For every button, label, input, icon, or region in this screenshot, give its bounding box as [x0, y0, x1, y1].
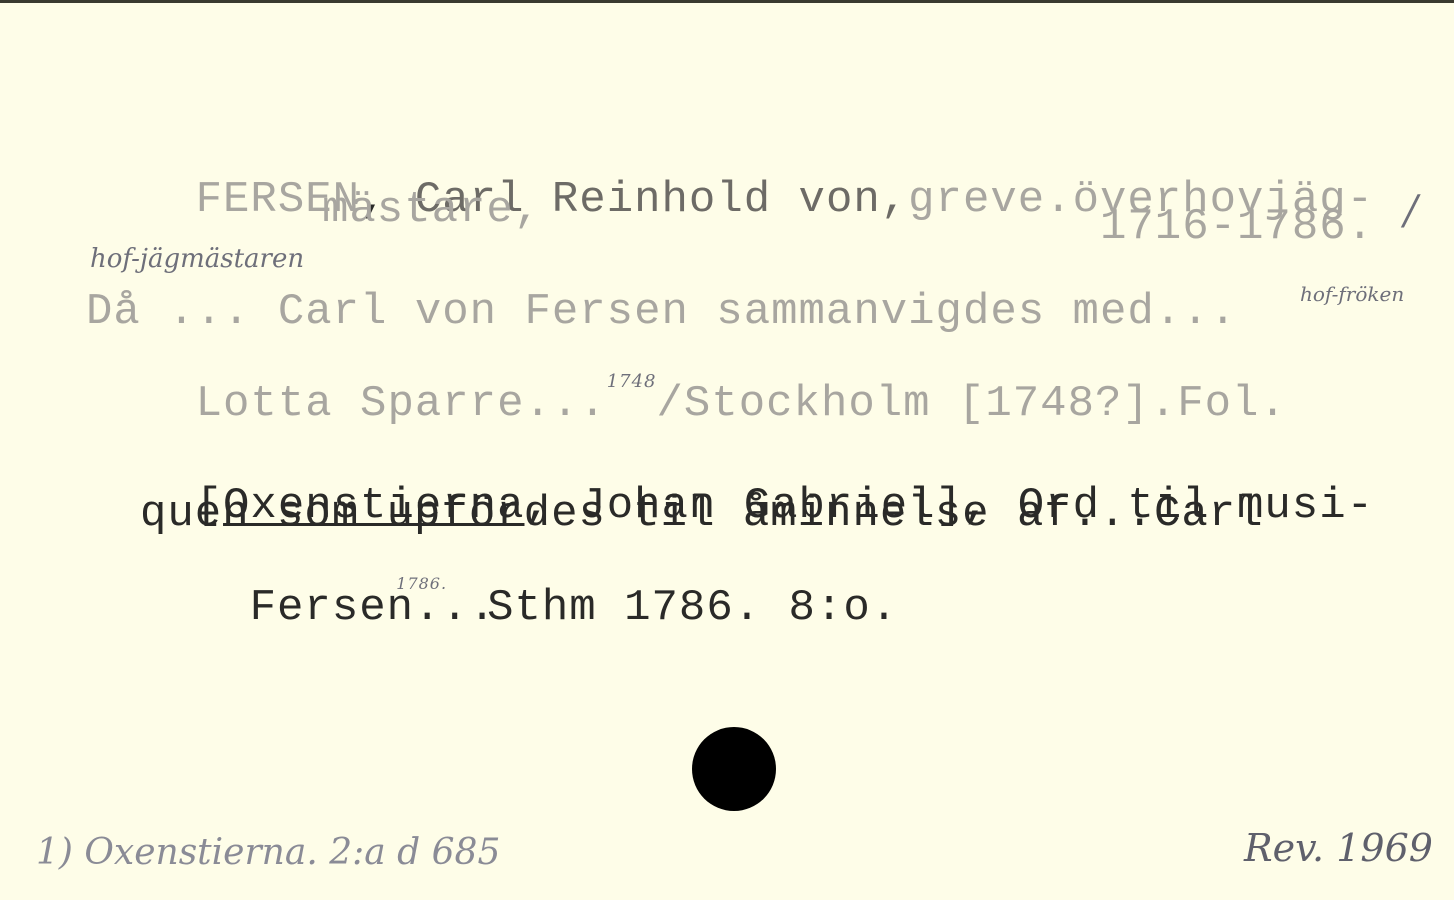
entry1-dates: 1716-1786. — [1100, 205, 1374, 249]
entry1-body-line2-a: Lotta Sparre... — [196, 379, 607, 429]
punch-hole — [692, 727, 776, 811]
card-top-edge — [0, 0, 1454, 3]
revision-note: Rev. 1969 — [1244, 826, 1433, 870]
catalog-card: FERSEN, Carl Reinhold von,greve.överhovj… — [0, 0, 1454, 900]
entry1-body-line2-b: /Stockholm [1748?].Fol. — [657, 379, 1287, 429]
entry1-heading-line2: mästare, — [322, 188, 541, 232]
footer-reference: 1) Oxenstierna. 2:a d 685 — [36, 832, 500, 873]
entry2-line3: Fersen...1786.Sthm 1786. 8:o. — [140, 542, 898, 680]
entry2-line3-b: Sthm 1786. 8:o. — [487, 583, 898, 633]
entry2-line2: quen som upfördes til åminnelse af...Car… — [140, 492, 1264, 536]
annotation-1786: 1786. — [396, 574, 447, 593]
entry1-body-line1: Då ... Carl von Fersen sammanvigdes med.… — [86, 290, 1237, 334]
annotation-hofjagmastaren: hof-jägmästaren — [90, 244, 304, 274]
footnote-mark: / — [1404, 188, 1417, 234]
entry2-line3-a: Fersen... — [250, 583, 497, 633]
annotation-hoffroken: hof-fröken — [1300, 282, 1404, 306]
annotation-1748: 1748 — [607, 371, 657, 392]
